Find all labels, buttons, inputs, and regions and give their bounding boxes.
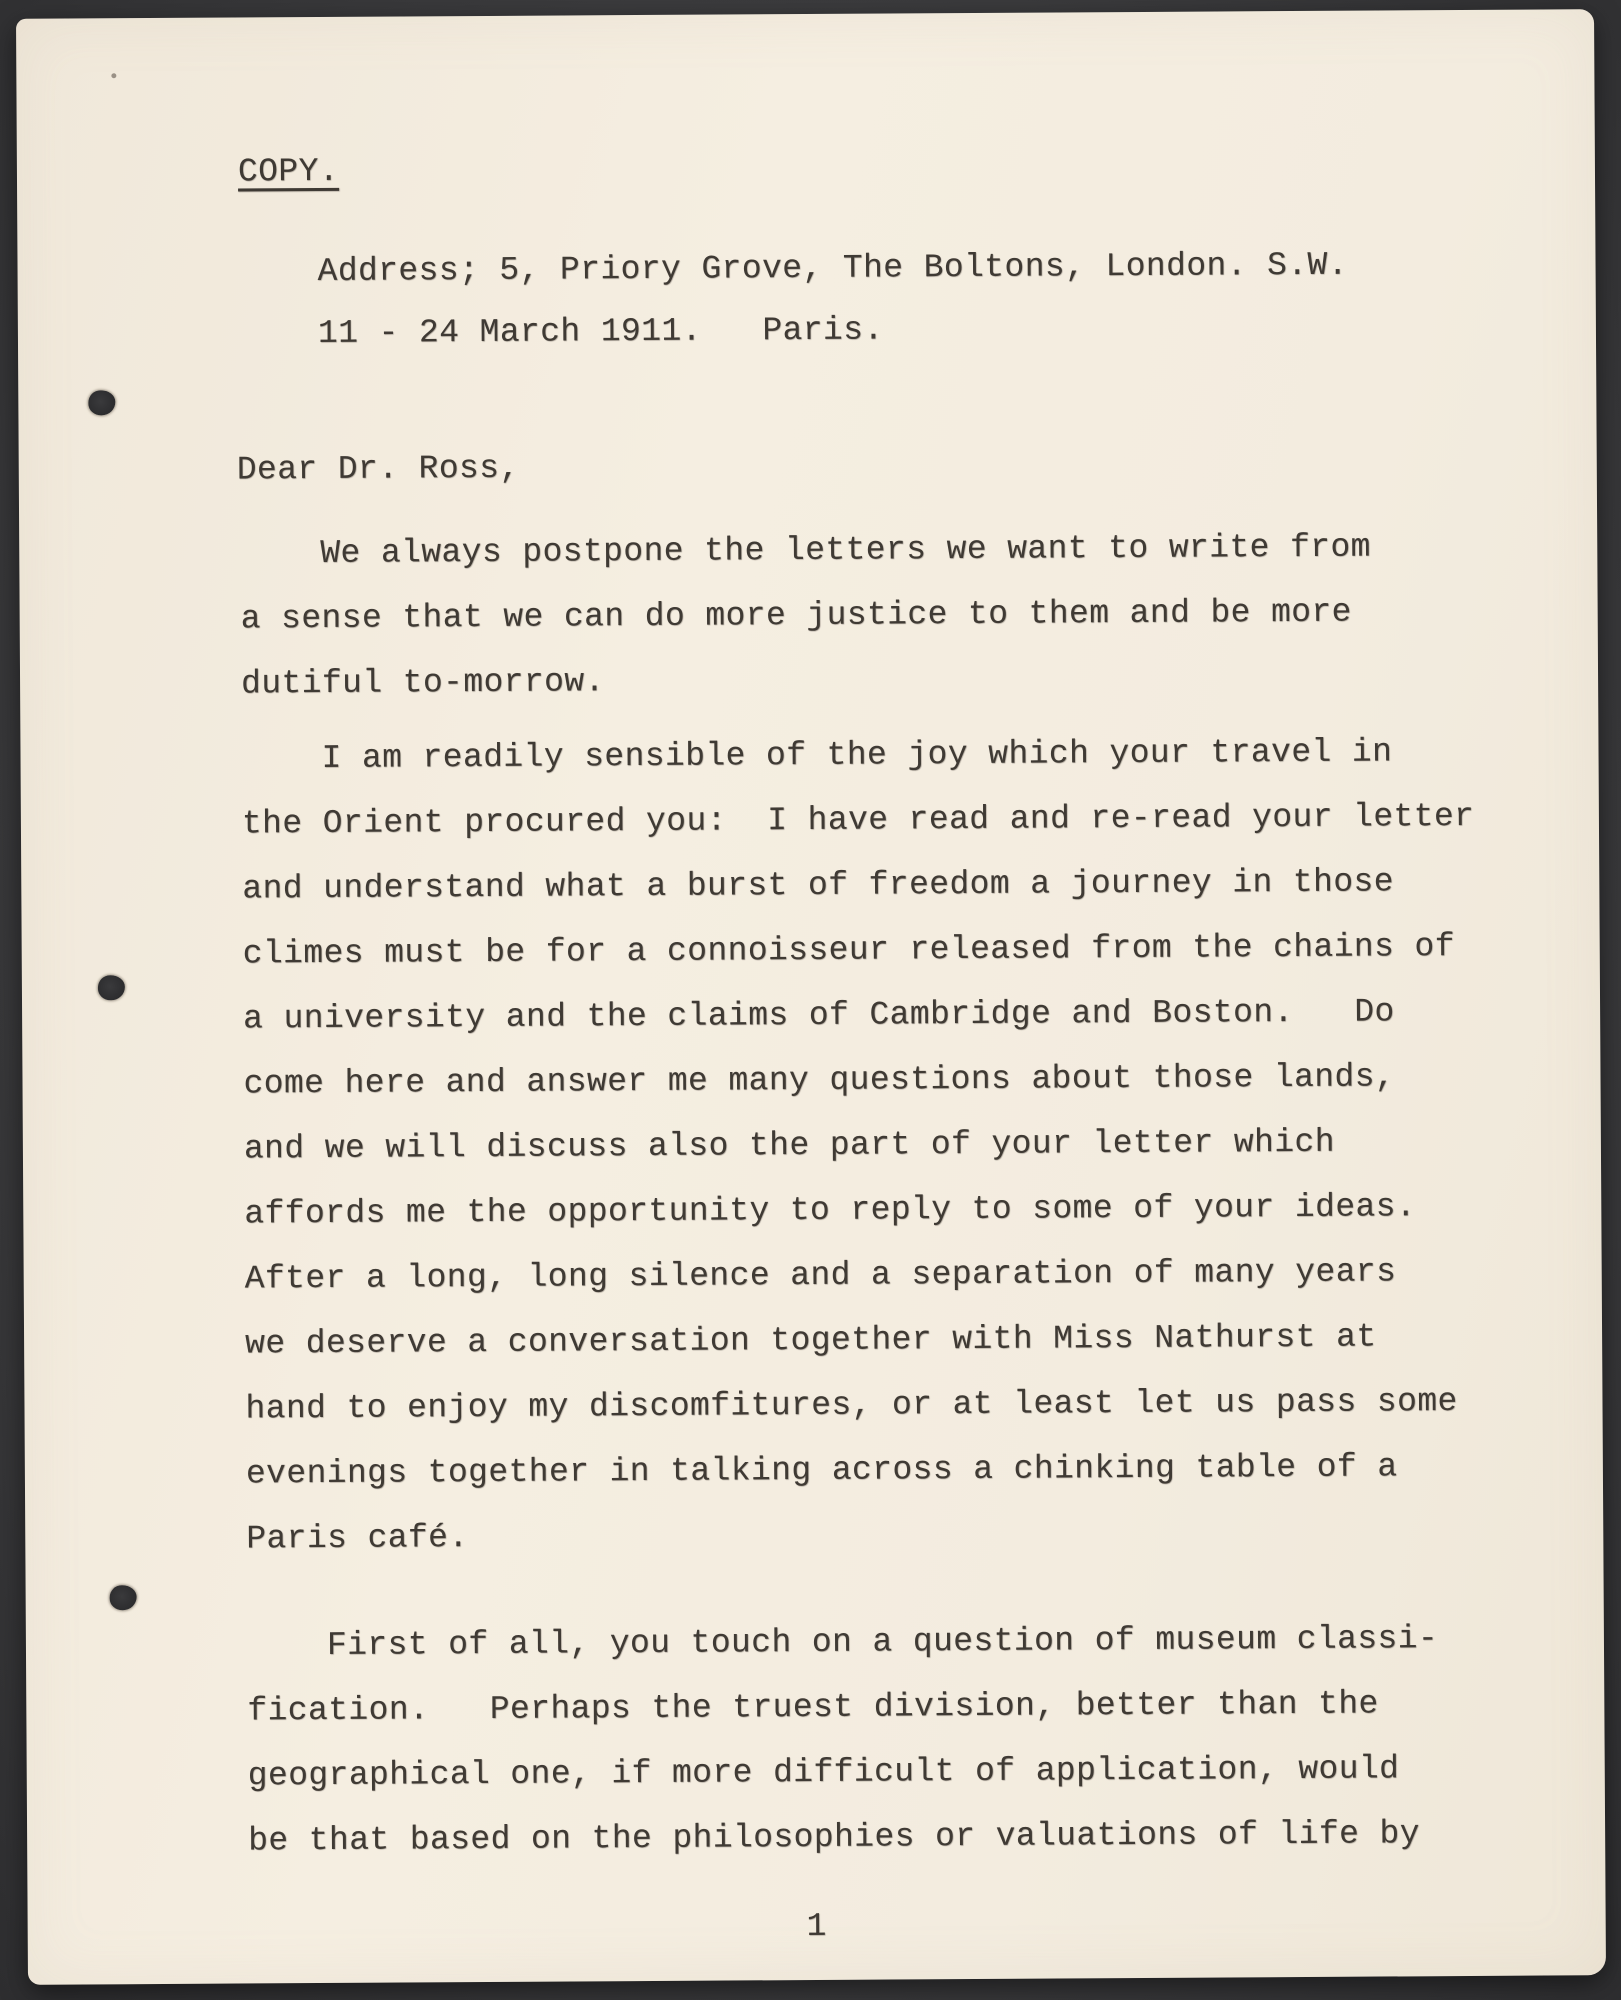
paragraph-3: First of all, you touch on a question of…	[247, 1606, 1440, 1873]
letter-line: we deserve a conversation together with …	[245, 1304, 1478, 1377]
scan-background: COPY. Address; 5, Priory Grove, The Bolt…	[0, 0, 1621, 2000]
address-line: Address; 5, Priory Grove, The Boltons, L…	[317, 247, 1348, 290]
letter-content: COPY. Address; 5, Priory Grove, The Bolt…	[16, 9, 1606, 1985]
page-number: 1	[28, 1903, 1606, 1950]
letter-line: hand to enjoy my discomfitures, or at le…	[245, 1369, 1478, 1442]
letter-line: climes must be for a connoisseur release…	[243, 914, 1476, 987]
letter-line: a university and the claims of Cambridge…	[243, 979, 1476, 1052]
letter-line: affords me the opportunity to reply to s…	[244, 1174, 1477, 1247]
letter-line: the Orient procured you: I have read and…	[242, 784, 1475, 857]
letter-page: COPY. Address; 5, Priory Grove, The Bolt…	[16, 9, 1606, 1985]
letter-line: and understand what a burst of freedom a…	[242, 849, 1475, 922]
letter-line: I am readily sensible of the joy which y…	[241, 719, 1474, 792]
letter-line: First of all, you touch on a question of…	[247, 1606, 1439, 1678]
copy-label: COPY.	[238, 153, 339, 191]
paragraph-2: I am readily sensible of the joy which y…	[241, 719, 1479, 1572]
letter-line: Paris café.	[246, 1499, 1479, 1572]
letter-line: fication. Perhaps the truest division, b…	[247, 1671, 1439, 1743]
letter-line: be that based on the philosophies or val…	[248, 1801, 1440, 1873]
letter-line: evenings together in talking across a ch…	[246, 1434, 1479, 1507]
letter-line: a sense that we can do more justice to t…	[240, 580, 1371, 652]
letter-line: geographical one, if more difficult of a…	[248, 1736, 1440, 1808]
letter-line: We always postpone the letters we want t…	[240, 515, 1371, 587]
letter-line: After a long, long silence and a separat…	[245, 1239, 1478, 1312]
date-line: 11 - 24 March 1911. Paris.	[318, 312, 884, 352]
letter-line: come here and answer me many questions a…	[243, 1044, 1476, 1117]
letter-line: dutiful to-morrow.	[241, 645, 1372, 717]
salutation: Dear Dr. Ross,	[237, 450, 520, 489]
letter-line: and we will discuss also the part of you…	[244, 1109, 1477, 1182]
paragraph-1: We always postpone the letters we want t…	[240, 515, 1372, 717]
